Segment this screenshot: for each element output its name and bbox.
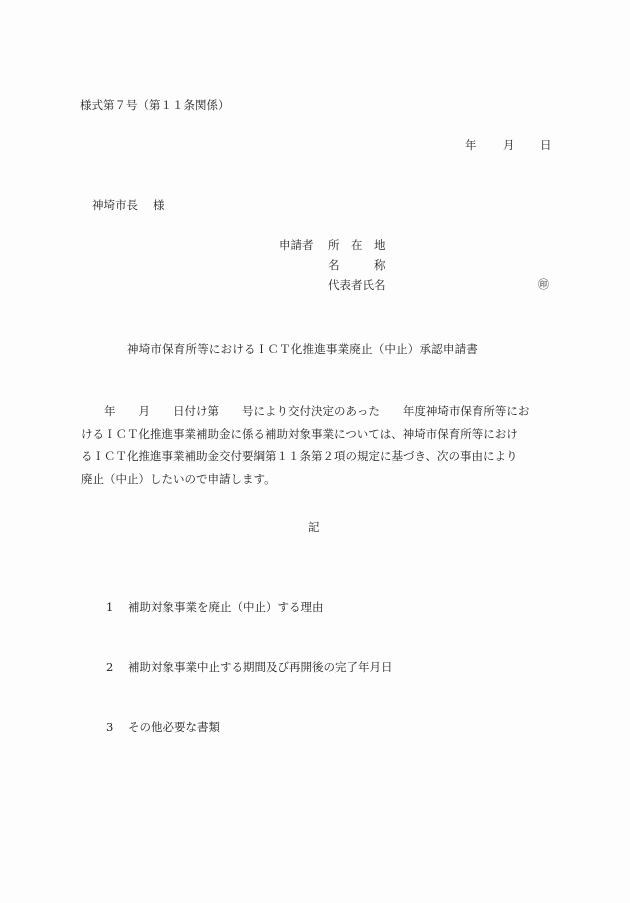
- field-address: 所 在 地: [328, 238, 386, 252]
- addressee-name: 神埼市長: [92, 198, 138, 212]
- date-day: 日: [540, 138, 552, 152]
- date-year: 年: [465, 138, 477, 152]
- addressee-honorific: 様: [153, 198, 165, 212]
- body-line: けるＩＣＴ化推進事業補助金に係る補助対象事業については、神埼市保育所等におけ: [81, 423, 551, 446]
- body-line: 廃止（中止）したいので申請します。: [81, 468, 551, 491]
- form-number: 様式第７号（第１１条関係）: [80, 98, 230, 112]
- item-number: 1: [106, 600, 128, 614]
- field-representative: 代表者氏名: [328, 278, 386, 292]
- item-number: 3: [106, 720, 128, 734]
- ki-heading: 記: [308, 520, 320, 534]
- list-item: 3その他必要な書類: [106, 720, 220, 734]
- applicant-label: 申請者: [279, 238, 314, 252]
- body-text: 年 月 日付け第 号により交付決定のあった 年度神埼市保育所等にお けるＩＣＴ化…: [81, 400, 551, 490]
- body-line: 年 月 日付け第 号により交付決定のあった 年度神埼市保育所等にお: [81, 400, 551, 423]
- date-month: 月: [503, 138, 515, 152]
- body-line: るＩＣＴ化推進事業補助金交付要綱第１１条第２項の規定に基づき、次の事由により: [81, 445, 551, 468]
- item-text: その他必要な書類: [128, 720, 220, 734]
- item-text: 補助対象事業を廃止（中止）する理由: [128, 600, 324, 614]
- item-number: 2: [106, 660, 128, 674]
- item-text: 補助対象事業中止する期間及び再開後の完了年月日: [128, 660, 393, 674]
- list-item: 2補助対象事業中止する期間及び再開後の完了年月日: [106, 660, 393, 674]
- seal-icon: ㊞: [538, 278, 549, 292]
- field-name: 名 称: [328, 258, 386, 272]
- document-title: 神埼市保育所等におけるＩＣＴ化推進事業廃止（中止）承認申請書: [127, 342, 478, 356]
- list-item: 1補助対象事業を廃止（中止）する理由: [106, 600, 324, 614]
